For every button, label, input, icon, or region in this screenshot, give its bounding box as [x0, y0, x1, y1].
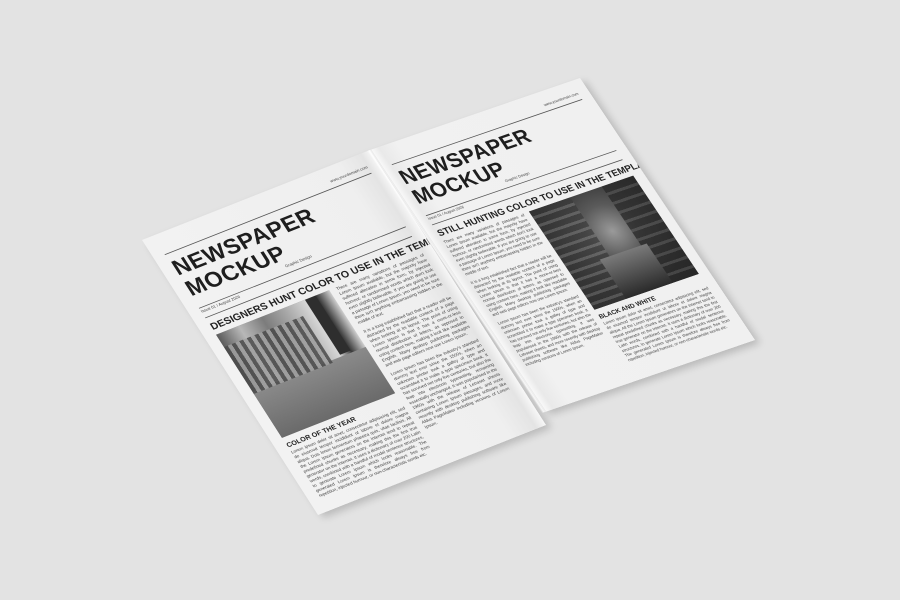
newspaper-mockup-scene: www.yourdomain.com NEWSPAPER MOCKUP Grap… — [0, 0, 900, 600]
